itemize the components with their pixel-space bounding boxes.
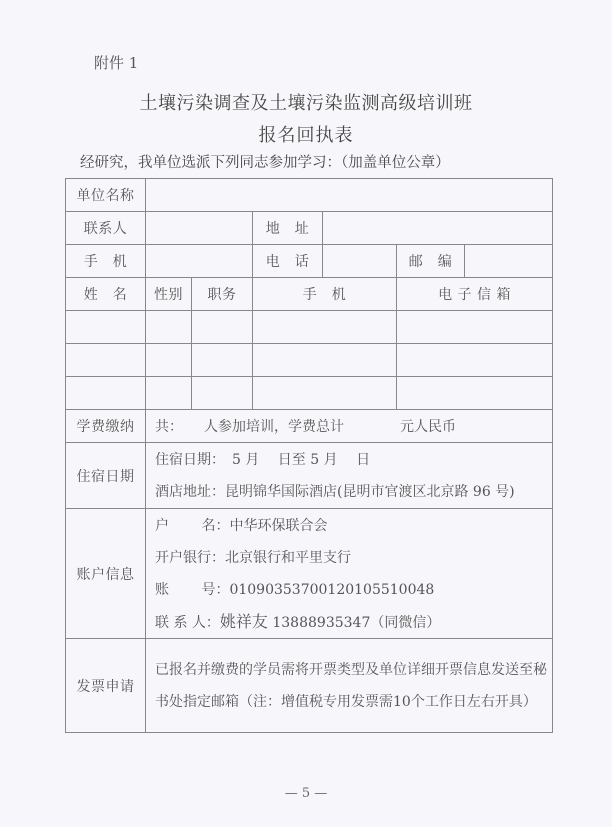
attendee-email-field[interactable]	[397, 311, 553, 344]
account-label: 账户信息	[66, 509, 146, 639]
attendee-name-field[interactable]	[66, 344, 146, 377]
attendee-name-field[interactable]	[66, 311, 146, 344]
unit-name-label: 单位名称	[66, 179, 146, 212]
mobile-label: 手 机	[66, 245, 146, 278]
attendee-position-field[interactable]	[192, 344, 253, 377]
postcode-label: 邮 编	[397, 245, 465, 278]
registration-form: 单位名称 联系人 地 址 手 机 电 话 邮 编 姓 名 性别 职务 手 机 电…	[65, 178, 553, 733]
header-email: 电 子 信 箱	[397, 278, 553, 311]
contact-label: 联系人	[66, 212, 146, 245]
fee-label: 学费缴纳	[66, 410, 146, 443]
lodging-label: 住宿日期	[66, 443, 146, 509]
attendee-gender-field[interactable]	[146, 344, 192, 377]
bank-name: 开户银行：北京银行和平里支行	[155, 542, 552, 574]
fee-row: 学费缴纳 共： 人参加培训，学费总计 元人民币	[66, 410, 553, 443]
attendee-header-row: 姓 名 性别 职务 手 机 电 子 信 箱	[66, 278, 553, 311]
attendee-mobile-field[interactable]	[253, 377, 397, 410]
intro-text: 经研究，我单位选派下列同志参加学习：（加盖单位公章）	[80, 151, 450, 172]
invoice-row: 发票申请 已报名并缴费的学员需将开票类型及单位详细开票信息发送至秘书处指定邮箱（…	[66, 639, 553, 733]
attendee-mobile-field[interactable]	[253, 311, 397, 344]
account-name: 户 名：中华环保联合会	[155, 510, 552, 542]
attendee-position-field[interactable]	[192, 377, 253, 410]
postcode-field[interactable]	[465, 245, 553, 278]
attendee-email-field[interactable]	[397, 344, 553, 377]
unit-name-row: 单位名称	[66, 179, 553, 212]
attendee-name-field[interactable]	[66, 377, 146, 410]
fee-text[interactable]: 共： 人参加培训，学费总计 元人民币	[146, 410, 553, 443]
unit-name-field[interactable]	[146, 179, 553, 212]
mobile-field[interactable]	[146, 245, 253, 278]
attendee-row	[66, 377, 553, 410]
account-number: 账 号：01090353700120105510048	[155, 574, 552, 606]
phone-field[interactable]	[323, 245, 397, 278]
contact-field[interactable]	[146, 212, 253, 245]
lodging-dates[interactable]: 住宿日期： 5 月 日至 5 月 日	[155, 444, 552, 476]
lodging-row: 住宿日期 住宿日期： 5 月 日至 5 月 日 酒店地址：昆明锦华国际酒店(昆明…	[66, 443, 553, 509]
account-content: 户 名：中华环保联合会 开户银行：北京银行和平里支行 账 号：010903537…	[146, 509, 553, 639]
invoice-label: 发票申请	[66, 639, 146, 733]
contact-row: 联系人 地 址	[66, 212, 553, 245]
attendee-row	[66, 344, 553, 377]
attendee-row	[66, 311, 553, 344]
header-mobile: 手 机	[253, 278, 397, 311]
attendee-gender-field[interactable]	[146, 311, 192, 344]
hotel-address: 酒店地址：昆明锦华国际酒店(昆明市官渡区北京路 96 号)	[155, 476, 552, 508]
phone-label: 电 话	[253, 245, 323, 278]
attendee-position-field[interactable]	[192, 311, 253, 344]
address-label: 地 址	[253, 212, 323, 245]
header-position: 职务	[192, 278, 253, 311]
invoice-text: 已报名并缴费的学员需将开票类型及单位详细开票信息发送至秘书处指定邮箱（注：增值税…	[146, 639, 553, 733]
attachment-label: 附件 1	[94, 52, 138, 73]
phone-row: 手 机 电 话 邮 编	[66, 245, 553, 278]
attendee-gender-field[interactable]	[146, 377, 192, 410]
account-row: 账户信息 户 名：中华环保联合会 开户银行：北京银行和平里支行 账 号：0109…	[66, 509, 553, 639]
account-contact-phone: 13888935347（同微信）	[268, 615, 440, 631]
document-subtitle: 报名回执表	[0, 121, 612, 147]
address-field[interactable]	[323, 212, 553, 245]
page-number: — 5 —	[0, 786, 612, 801]
account-contact: 联 系 人：姚祥友 13888935347（同微信）	[155, 606, 552, 638]
header-name: 姓 名	[66, 278, 146, 311]
attendee-email-field[interactable]	[397, 377, 553, 410]
lodging-content: 住宿日期： 5 月 日至 5 月 日 酒店地址：昆明锦华国际酒店(昆明市官渡区北…	[146, 443, 553, 509]
account-contact-name: 姚祥友	[220, 612, 268, 631]
account-contact-prefix: 联 系 人：	[155, 615, 220, 631]
attendee-mobile-field[interactable]	[253, 344, 397, 377]
document-title: 土壤污染调查及土壤污染监测高级培训班	[0, 89, 612, 115]
header-gender: 性别	[146, 278, 192, 311]
